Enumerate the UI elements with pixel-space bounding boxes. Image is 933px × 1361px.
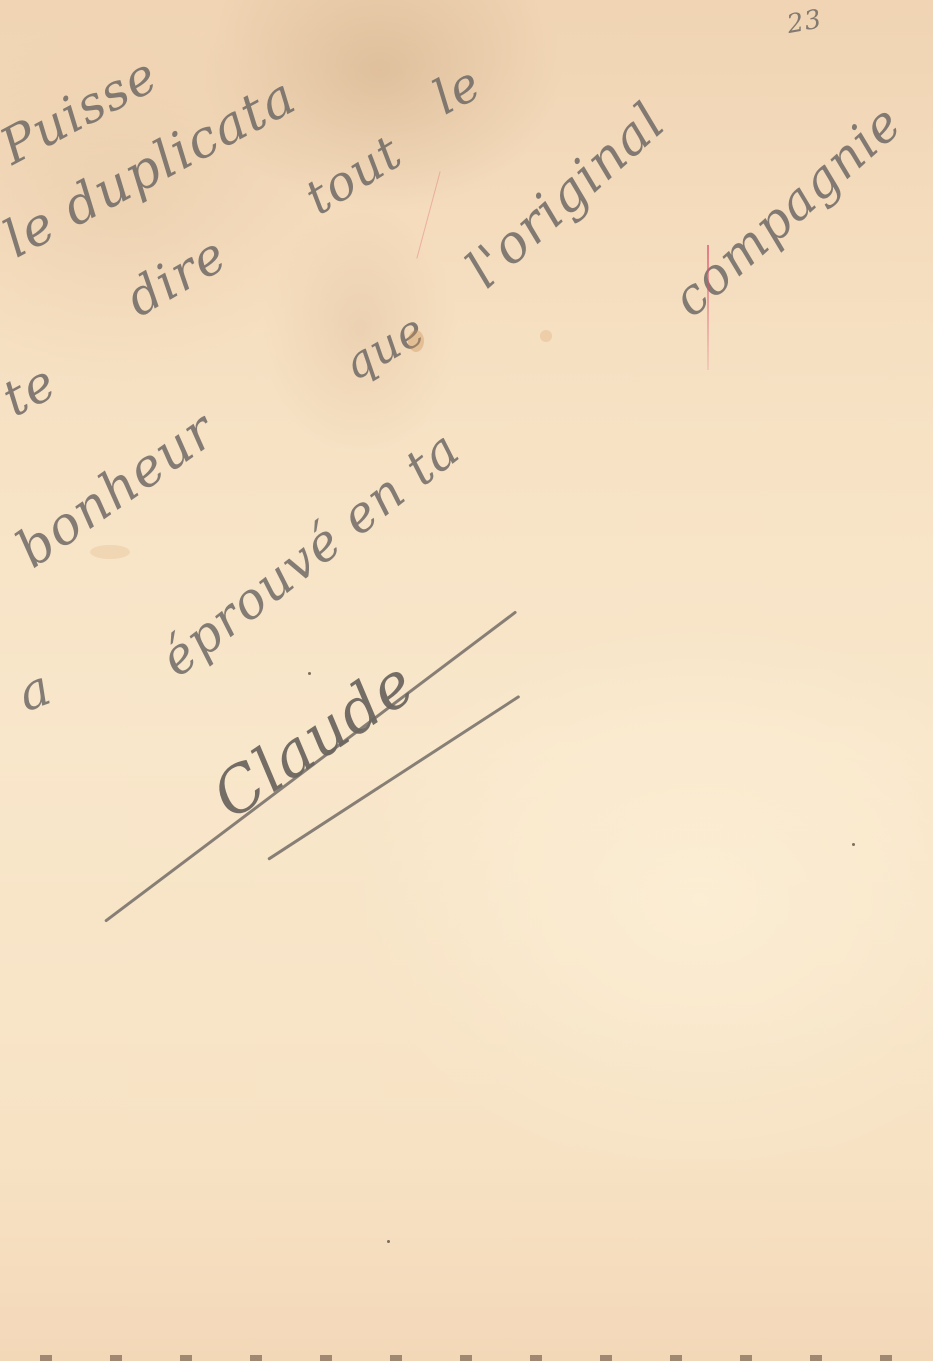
red-ink-trace: [416, 171, 440, 258]
stain-spot: [408, 330, 424, 352]
red-ink-mark: [707, 245, 709, 370]
photo-bottom-edge: [0, 1355, 933, 1361]
speck: [308, 672, 311, 675]
handwriting-word-compagnie: compagnie: [661, 93, 912, 328]
speck: [852, 843, 855, 846]
handwriting-word-le: le: [424, 55, 491, 126]
handwriting-word-te: te: [0, 353, 66, 428]
handwriting-word-a: a: [10, 658, 59, 723]
page-number: 23: [785, 4, 825, 40]
handwriting-word-dire: dire: [116, 225, 236, 328]
stain-spot: [540, 330, 552, 342]
signature: Claude: [199, 646, 428, 833]
stain-spot: [90, 545, 130, 559]
handwriting-word-original: l'original: [455, 92, 677, 300]
handwriting-word-tout: tout: [295, 124, 412, 226]
speck: [387, 1240, 390, 1243]
photo-back-paper: 23 Puisse le duplicata le te dire tout l…: [0, 0, 933, 1361]
